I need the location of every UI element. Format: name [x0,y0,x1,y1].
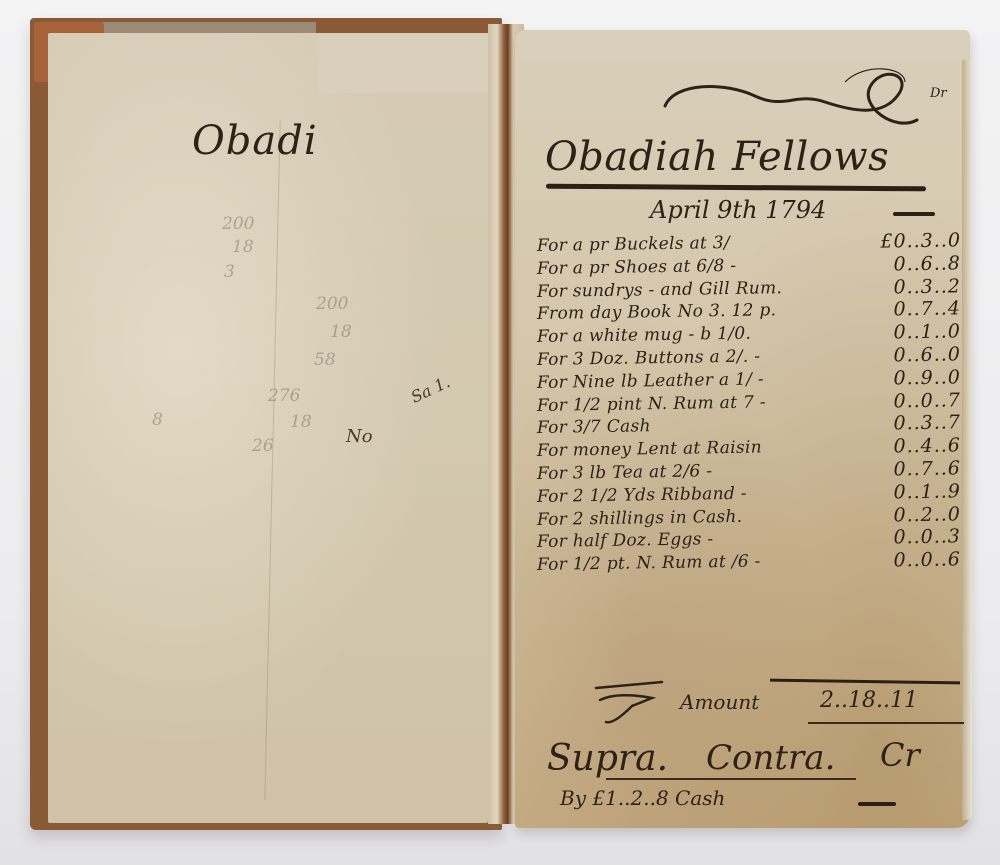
endpaper-patch [318,33,488,93]
contra-underline [606,778,856,780]
entry-amount: 0..6..0 [893,343,961,366]
entry-amount: 0..1..9 [893,480,961,503]
pencil-figure: 18 [330,322,352,342]
ledger-flourish-icon [592,676,672,726]
pencil-figure: 3 [224,262,235,282]
ledger-entries: For a pr Buckels at 3/£0..3..0 For a pr … [537,236,967,578]
entry-amount: 0..0..3 [893,526,961,549]
entry-amount: 0..7..4 [893,298,961,321]
entry-amount: 0..7..6 [893,457,961,480]
pencil-figure: 18 [290,412,312,432]
entry-description: For 3 lb Tea at 2/6 - [537,461,713,484]
entry-description: For 2 shillings in Cash. [537,506,743,529]
pencil-figure: 8 [152,410,163,430]
open-ledger-book: Obadi 200 18 3 200 18 58 276 18 26 8 Sa … [0,0,1000,865]
entry-description: For a pr Shoes at 6/8 - [537,256,737,279]
pen-flourish-icon [655,62,925,142]
supra-label: Supra. [547,738,668,779]
pencil-figure: 18 [232,237,254,257]
entry-amount: 0..0..6 [893,548,961,571]
entry-amount: 0..3..7 [893,412,961,435]
pencil-figure: 26 [252,436,274,456]
number-note: No [346,426,373,447]
pencil-figure: 58 [314,350,336,370]
entry-amount: 0..9..0 [893,366,961,389]
entry-amount: 0..1..0 [893,321,961,344]
account-name: Obadiah Fellows [545,134,889,180]
entry-description: For sundrys - and Gill Rum. [537,278,782,302]
entry-amount: 0..4..6 [893,435,961,458]
pencil-figure: 276 [268,386,300,406]
pencil-figure: 200 [316,294,348,314]
credit-entry: By £1..2..8 Cash [560,786,725,810]
amount-underline [808,722,964,724]
entry-amount: 0..0..7 [893,389,961,412]
amount-label: Amount [680,690,759,714]
entry-description: For 3/7 Cash [537,417,651,439]
entry-description: For 2 1/2 Yds Ribband - [537,483,747,506]
entry-description: From day Book No 3. 12 p. [537,301,777,325]
contra-label: Contra. [706,738,835,778]
amount-total: 2..18..11 [820,688,918,713]
credit-dash [858,802,896,806]
entry-amount: 0..2..0 [893,503,961,526]
credit-marker: Cr [880,736,920,774]
entry-description: For 3 Doz. Buttons a 2/. - [537,346,761,370]
entry-description: For a pr Buckels at 3/ [537,233,730,256]
entry-description: For a white mug - b 1/0. [537,324,751,347]
date-dash [893,212,935,216]
entry-description: For money Lent at Raisin [537,438,762,462]
entry-amount: 0..3..2 [893,275,961,298]
entry-description: For 1/2 pt. N. Rum at /6 - [537,552,761,576]
entry-amount: £0..3..0 [880,229,961,252]
entry-description: For Nine lb Leather a 1/ - [537,369,764,393]
left-page-title: Obadi [192,118,318,164]
entry-description: For 1/2 pint N. Rum at 7 - [537,392,766,416]
entry-date: April 9th 1794 [650,196,826,224]
pencil-figure: 200 [222,214,254,234]
entry-amount: 0..6..8 [893,252,961,275]
debit-marker: Dr [930,86,947,101]
entry-description: For half Doz. Eggs - [537,530,714,553]
